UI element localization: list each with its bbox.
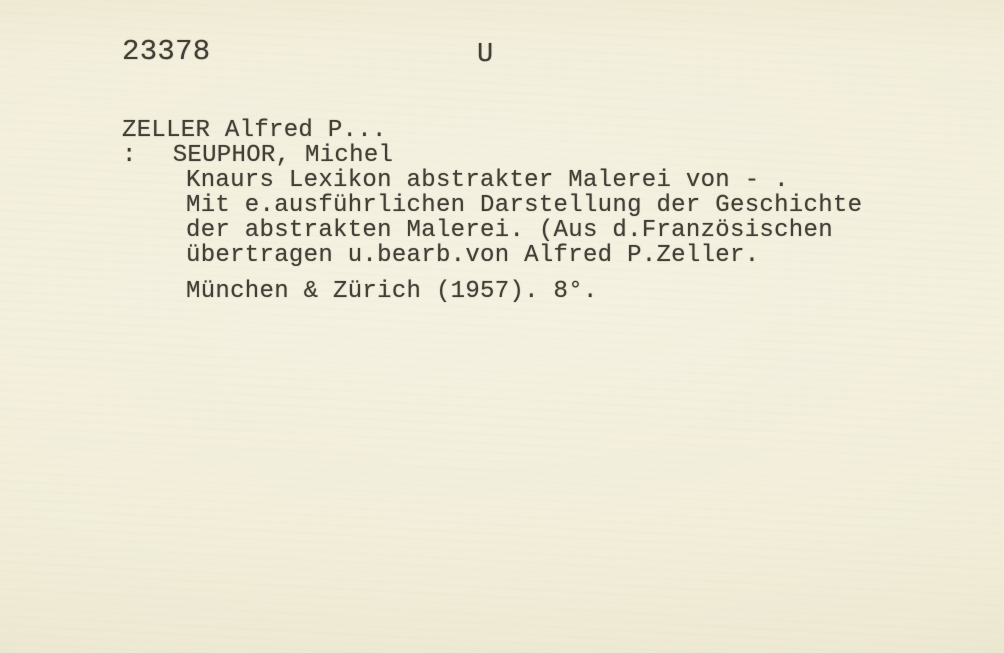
alphabetical-heading-letter: U	[477, 41, 494, 69]
catalog-entry: ZELLER Alfred P... : SEUPHOR, Michel Kna…	[122, 118, 862, 304]
title-line: Knaurs Lexikon abstrakter Malerei von - …	[186, 168, 862, 193]
cross-reference-line: : SEUPHOR, Michel	[122, 143, 862, 168]
cross-reference-mark: :	[122, 143, 137, 168]
title-line: der abstrakten Malerei. (Aus d.Französis…	[186, 218, 862, 243]
cross-reference-name: SEUPHOR, Michel	[173, 143, 394, 168]
catalog-number: 23378	[122, 37, 211, 67]
author-heading: ZELLER Alfred P...	[122, 118, 862, 143]
imprint-line: München & Zürich (1957). 8°.	[186, 279, 862, 304]
catalog-card: 23378 U ZELLER Alfred P... : SEUPHOR, Mi…	[0, 0, 1004, 653]
title-line: übertragen u.bearb.von Alfred P.Zeller.	[186, 243, 862, 268]
title-line: Mit e.ausführlichen Darstellung der Gesc…	[186, 193, 862, 218]
